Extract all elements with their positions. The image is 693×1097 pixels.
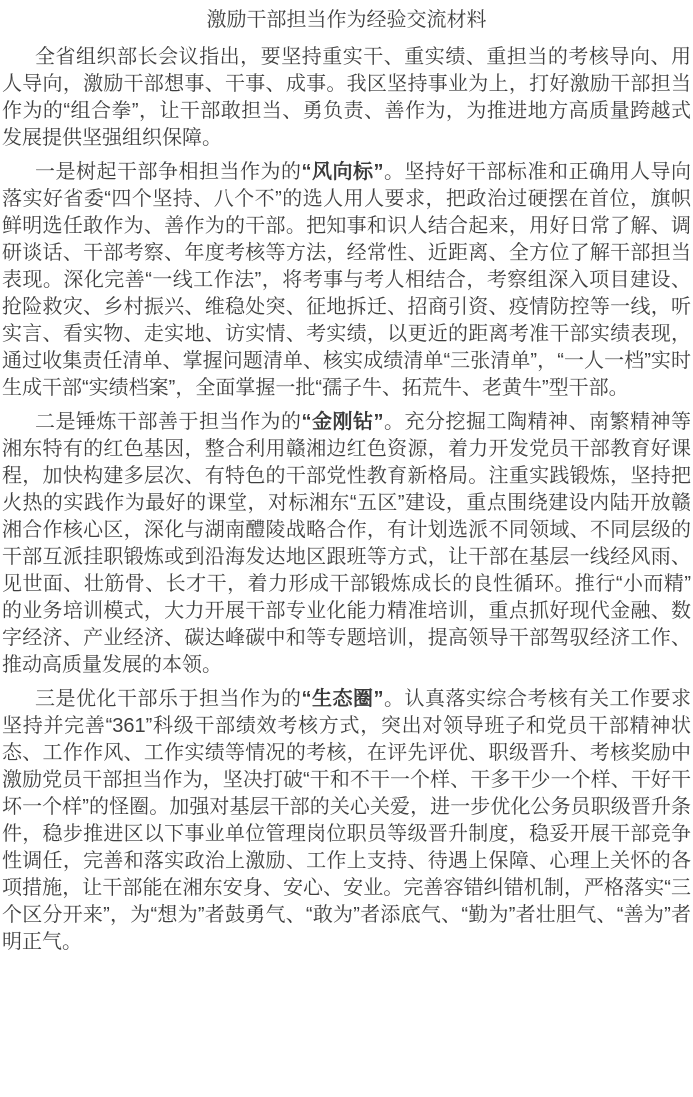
text-segment: 。认真落实综合考核有关工作要求坚持并完善“361”科级干部绩效考核方式，突出对领…	[2, 688, 691, 953]
bold-key-term: “风向标”	[302, 161, 384, 183]
document-title: 激励干部担当作为经验交流材料	[2, 7, 691, 34]
bold-key-term: “金刚钻”	[302, 411, 384, 433]
paragraph: 二是锤炼干部善于担当作为的“金刚钻”。充分挖掘工陶精神、南繁精神等湘东特有的红色…	[2, 409, 691, 679]
document-page: 激励干部担当作为经验交流材料 全省组织部长会议指出，要坚持重实干、重实绩、重担当…	[0, 0, 693, 1097]
text-segment: 。充分挖掘工陶精神、南繁精神等湘东特有的红色基因，整合利用赣湘边红色资源，着力开…	[2, 411, 691, 676]
document-body: 全省组织部长会议指出，要坚持重实干、重实绩、重担当的考核导向、用人导向，激励干部…	[2, 44, 691, 956]
paragraph: 全省组织部长会议指出，要坚持重实干、重实绩、重担当的考核导向、用人导向，激励干部…	[2, 44, 691, 152]
paragraph: 一是树起干部争相担当作为的“风向标”。坚持好干部标准和正确用人导向落实好省委“四…	[2, 159, 691, 402]
text-segment: 三是优化干部乐于担当作为的	[35, 688, 302, 710]
text-segment: 二是锤炼干部善于担当作为的	[35, 411, 302, 433]
bold-key-term: “生态圈”	[302, 688, 384, 710]
text-segment: 。坚持好干部标准和正确用人导向落实好省委“四个坚持、八个不”的选人用人要求，把政…	[2, 161, 691, 399]
text-segment: 一是树起干部争相担当作为的	[35, 161, 302, 183]
text-segment: 全省组织部长会议指出，要坚持重实干、重实绩、重担当的考核导向、用人导向，激励干部…	[2, 46, 691, 149]
paragraph: 三是优化干部乐于担当作为的“生态圈”。认真落实综合考核有关工作要求坚持并完善“3…	[2, 686, 691, 956]
